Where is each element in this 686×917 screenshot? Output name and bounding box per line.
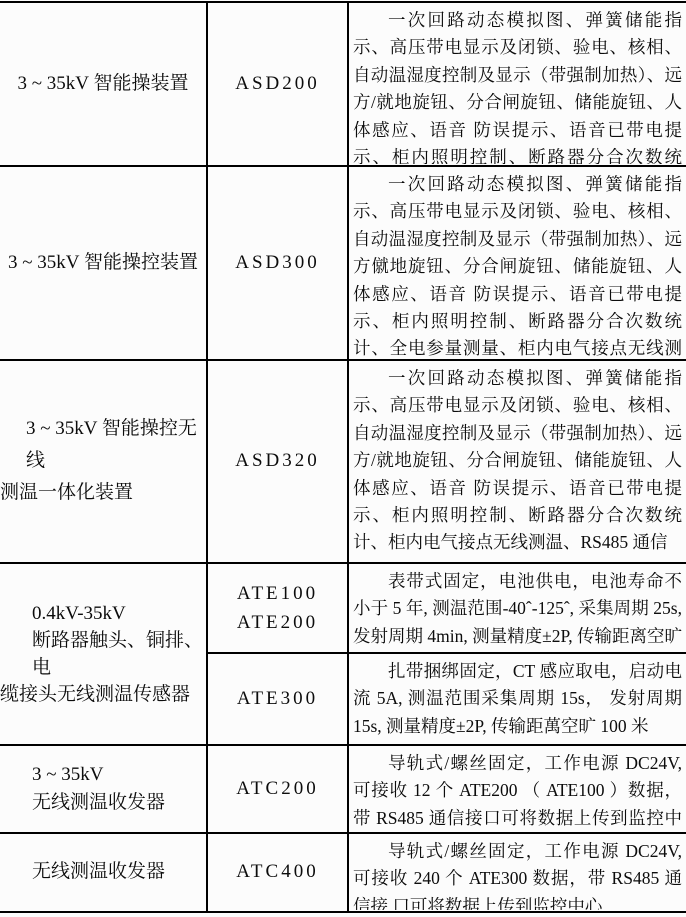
product-spec-table: 3 ~ 35kV 智能操装置 ASD200 一次回路动态模拟图、弹簧储能指示、高… <box>0 0 686 917</box>
model-cell-row4b: ATE300 <box>208 654 347 743</box>
model-cell-row2: ASD300 <box>208 167 347 358</box>
product-cell-row4: 0.4kV-35kV 断路器触头、铜排、 电 缆接头无线测温传感器 <box>0 564 206 743</box>
model-cell-row6: ATC400 <box>208 834 347 910</box>
description-cell-row4b: 扎带捆绑固定，CT 感应取电，启动电流 5A, 测温范围采集周期 15s， 发射… <box>349 654 684 743</box>
product-line: 断路器触头、铜排、 电 <box>0 627 206 681</box>
model-cell-row4a: ATE100 ATE200 <box>208 564 347 651</box>
model-cell-row1: ASD200 <box>208 3 347 164</box>
product-line: 测温一体化装置 <box>0 477 206 509</box>
model-cell-row5: ATC200 <box>208 746 347 831</box>
model-cell-row3: ASD320 <box>208 361 347 561</box>
product-line: 缆接头无线测温传感器 <box>0 681 206 708</box>
description-cell-row6: 导轨式/螺丝固定，工作电源 DC24V, 可接收 240 个 ATE300 数据… <box>349 834 684 910</box>
description-cell-row5: 导轨式/螺丝固定，工作电源 DC24V, 可接收 12 个 ATE200 （ A… <box>349 746 684 831</box>
product-cell-row6: 无线测温收发器 <box>0 834 206 910</box>
product-cell-row3: 3 ~ 35kV 智能操控无线 测温一体化装置 <box>0 361 206 561</box>
description-cell-row3: 一次回路动态模拟图、弹簧储能指示、高压带电显示及闭锁、验电、核相、自动温湿度控制… <box>349 361 684 561</box>
product-cell-row2: 3 ~ 35kV 智能操控装置 <box>0 167 206 358</box>
product-line: 3 ~ 35kV 智能操控无线 <box>0 413 206 477</box>
description-cell-row1: 一次回路动态模拟图、弹簧储能指示、高压带电显示及闭锁、验电、核相、自动温湿度控制… <box>349 3 684 164</box>
product-cell-row5: 3 ~ 35kV 无线测温收发器 <box>0 746 206 831</box>
product-cell-row1: 3 ~ 35kV 智能操装置 <box>0 3 206 164</box>
description-cell-row2: 一次回路动态模拟图、弹簧储能指示、高压带电显示及闭锁、验电、核相、自动温湿度控制… <box>349 167 684 358</box>
grid-line-bottom <box>0 911 686 913</box>
product-line: 0.4kV-35kV <box>0 600 206 627</box>
description-cell-row4a: 表带式固定，电池供电，电池寿命不小于 5 年, 测温范围-40ˆ-125ˆ, 采… <box>349 564 684 651</box>
